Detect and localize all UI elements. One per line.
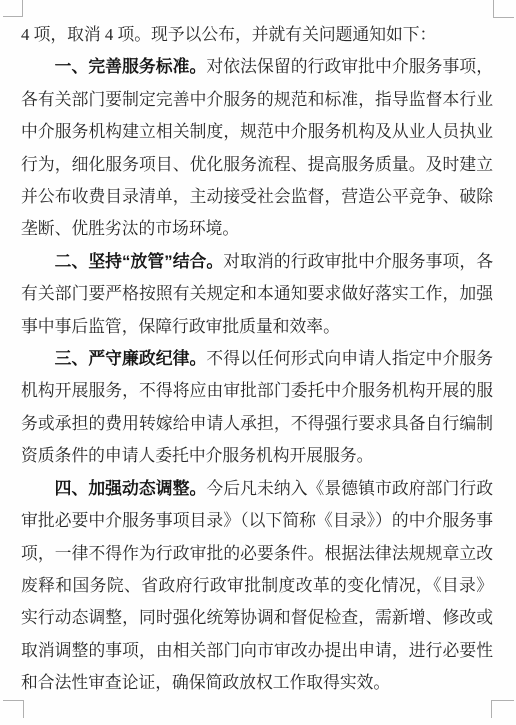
paragraph-continuation: 4 项，取消 4 项。现予以公布，并就有关问题通知如下：	[21, 19, 493, 51]
paragraph-item-4: 四、加强动态调整。今后凡未纳入《景德镇市政府部门行政审批必要中介服务事项目录》（…	[21, 473, 493, 700]
paragraph-lead: 三、严守廉政纪律。	[55, 349, 207, 368]
crop-mark-top-left-icon	[3, 0, 23, 17]
paragraph-text: 4 项，取消 4 项。现予以公布，并就有关问题通知如下：	[21, 25, 436, 44]
crop-mark-bottom-right-icon	[491, 700, 514, 718]
crop-mark-top-right-icon	[493, 0, 514, 18]
crop-mark-bottom-left-icon	[3, 700, 24, 718]
paragraph-item-3: 三、严守廉政纪律。不得以任何形式向申请人指定中介服务机构开展服务，不得将应由审批…	[21, 343, 493, 473]
paragraph-text: 对依法保留的行政审批中介服务事项，各有关部门要制定完善中介服务的规范和标准，指导…	[21, 57, 493, 238]
paragraph-lead: 二、坚持“放管”结合。	[55, 252, 224, 271]
document-page: 4 项，取消 4 项。现予以公布，并就有关问题通知如下： 一、完善服务标准。对依…	[0, 0, 516, 725]
document-body: 4 项，取消 4 项。现予以公布，并就有关问题通知如下： 一、完善服务标准。对依…	[21, 19, 493, 700]
paragraph-lead: 一、完善服务标准。	[55, 57, 207, 76]
paragraph-text: 今后凡未纳入《景德镇市政府部门行政审批必要中介服务事项目录》（以下简称《目录》）…	[21, 479, 493, 692]
paragraph-item-1: 一、完善服务标准。对依法保留的行政审批中介服务事项，各有关部门要制定完善中介服务…	[21, 51, 493, 245]
paragraph-lead: 四、加强动态调整。	[55, 479, 207, 498]
paragraph-item-2: 二、坚持“放管”结合。对取消的行政审批中介服务事项，各有关部门要严格按照有关规定…	[21, 246, 493, 343]
